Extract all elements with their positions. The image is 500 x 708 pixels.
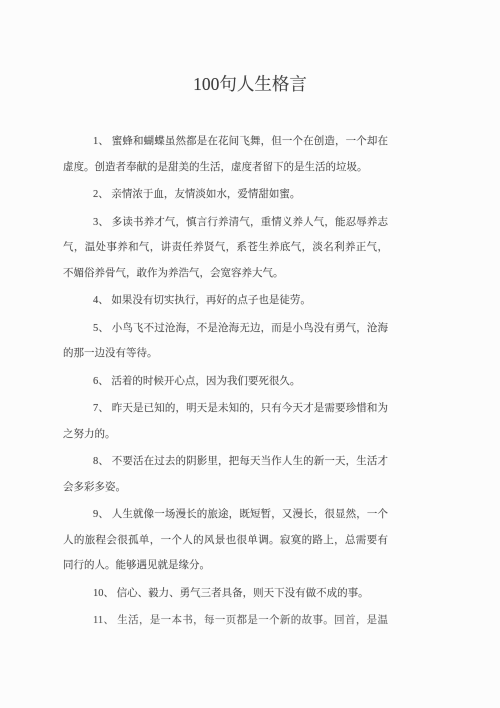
quote-paragraph-10: 10、 信心、毅力、勇气三者具备，则天下没有做不成的事。 [63,581,388,607]
quote-paragraph-9: 9、 人生就像一场漫长的旅途，既短暂，又漫长，很显然，一个人的旅程会很孤单，一个… [63,502,388,579]
quote-line: 1、 蜜蜂和蝴蝶虽然都是在花间飞舞，但一个在创造，一个却在 [63,129,388,155]
quote-paragraph-11: 11、 生活，是一本书，每一页都是一个新的故事。回首，是温 [63,608,388,634]
quote-list: 1、 蜜蜂和蝴蝶虽然都是在花间飞舞，但一个在创造，一个却在虚度。创造者奉献的是甜… [63,129,388,634]
quote-paragraph-5: 5、 小鸟飞不过沧海，不是沧海无边，而是小鸟没有勇气，沧海的那一边没有等待。 [63,316,388,367]
quote-line: 6、 活着的时候开心点，因为我们要死很久。 [63,369,388,395]
document-page: 100句人生格言 1、 蜜蜂和蝴蝶虽然都是在花间飞舞，但一个在创造，一个却在虚度… [0,0,500,708]
quote-paragraph-6: 6、 活着的时候开心点，因为我们要死很久。 [63,369,388,395]
quote-paragraph-2: 2、 亲情浓于血，友情淡如水，爱情甜如蜜。 [63,182,388,208]
quote-line: 4、 如果没有切实执行，再好的点子也是徒劳。 [63,288,388,314]
quote-line: 不媚俗养骨气，敢作为养浩气，会宽容养大气。 [63,261,388,287]
quote-line: 人的旅程会很孤单，一个人的风景也很单调。寂寞的路上，总需要有 [63,528,388,554]
quote-paragraph-1: 1、 蜜蜂和蝴蝶虽然都是在花间飞舞，但一个在创造，一个却在虚度。创造者奉献的是甜… [63,129,388,180]
document-title: 100句人生格言 [0,0,500,98]
quote-line: 10、 信心、毅力、勇气三者具备，则天下没有做不成的事。 [63,581,388,607]
quote-line: 之努力的。 [63,422,388,448]
quote-paragraph-3: 3、 多读书养才气，慎言行养清气，重情义养人气，能忍辱养志气，温处事养和气，讲责… [63,210,388,287]
quote-line: 的那一边没有等待。 [63,341,388,367]
quote-line: 会多彩多姿。 [63,475,388,501]
quote-line: 11、 生活，是一本书，每一页都是一个新的故事。回首，是温 [63,608,388,634]
quote-line: 2、 亲情浓于血，友情淡如水，爱情甜如蜜。 [63,182,388,208]
quote-line: 虚度。创造者奉献的是甜美的生活，虚度者留下的是生活的垃圾。 [63,155,388,181]
quote-line: 8、 不要活在过去的阴影里，把每天当作人生的新一天，生活才 [63,449,388,475]
quote-paragraph-7: 7、 昨天是已知的，明天是未知的，只有今天才是需要珍惜和为之努力的。 [63,396,388,447]
quote-line: 5、 小鸟飞不过沧海，不是沧海无边，而是小鸟没有勇气，沧海 [63,316,388,342]
quote-line: 9、 人生就像一场漫长的旅途，既短暂，又漫长，很显然，一个 [63,502,388,528]
quote-paragraph-8: 8、 不要活在过去的阴影里，把每天当作人生的新一天，生活才会多彩多姿。 [63,449,388,500]
quote-line: 气，温处事养和气，讲责任养贤气，系苍生养底气，淡名利养正气， [63,235,388,261]
quote-line: 同行的人。能够遇见就是缘分。 [63,553,388,579]
quote-paragraph-4: 4、 如果没有切实执行，再好的点子也是徒劳。 [63,288,388,314]
quote-line: 3、 多读书养才气，慎言行养清气，重情义养人气，能忍辱养志 [63,210,388,236]
quote-line: 7、 昨天是已知的，明天是未知的，只有今天才是需要珍惜和为 [63,396,388,422]
